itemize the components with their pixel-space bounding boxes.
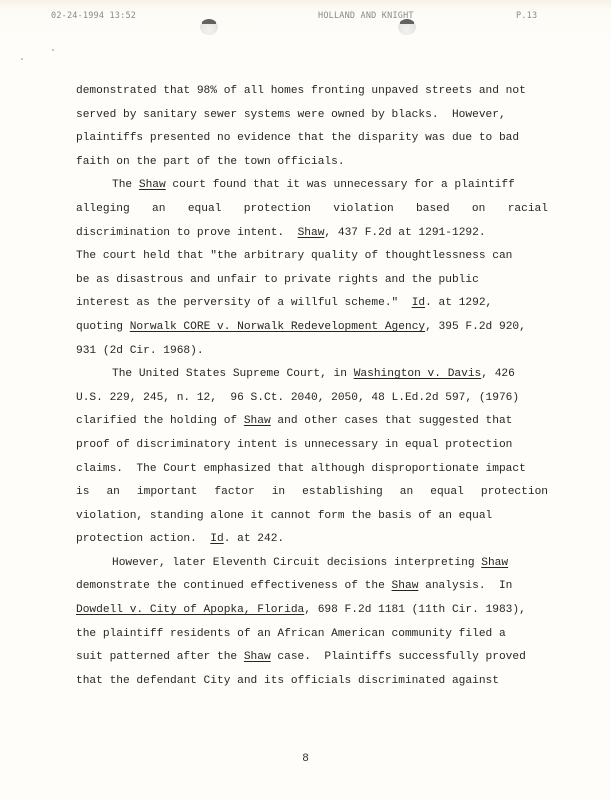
fax-page-number: P.13 [516,11,537,21]
text-line: the plaintiff residents of an African Am… [76,623,548,647]
case-citation: Shaw [392,580,419,592]
text-run: faith on the part of the town officials. [76,156,345,168]
text-line: violation, standing alone it cannot form… [76,505,548,529]
text-line: proof of discriminatory intent is unnece… [76,434,548,458]
text-run: proof of discriminatory intent is unnece… [76,439,512,451]
text-run: interest as the perversity of a willful … [76,297,412,309]
text-run: claims. The Court emphasized that althou… [76,463,526,475]
fax-sender: HOLLAND AND KNIGHT [318,11,414,21]
case-citation: Id [412,297,425,309]
text-line: quoting Norwalk CORE v. Norwalk Redevelo… [76,316,548,340]
text-line: Dowdell v. City of Apopka, Florida, 698 … [76,599,548,623]
text-line: suit patterned after the Shaw case. Plai… [76,646,548,670]
document-page: 02-24-1994 13:52 HOLLAND AND KNIGHT P.13… [0,0,611,800]
text-line: 931 (2d Cir. 1968). [76,340,548,364]
text-run: . at 1292, [425,297,492,309]
text-line: discrimination to prove intent. Shaw, 43… [76,222,548,246]
text-line: served by sanitary sewer systems were ow… [76,104,548,128]
case-citation: Shaw [139,179,166,191]
text-line: demonstrated that 98% of all homes front… [76,80,548,104]
text-run: be as disastrous and unfair to private r… [76,274,479,286]
fax-date-time: 02-24-1994 13:52 [51,11,136,21]
text-run: court found that it was unnecessary for … [166,179,515,191]
paragraph: However, later Eleventh Circuit decision… [76,552,548,694]
text-line: demonstrate the continued effectiveness … [76,575,548,599]
text-line: claims. The Court emphasized that althou… [76,458,548,482]
text-run: suit patterned after the [76,651,244,663]
text-run: demonstrated that 98% of all homes front… [76,85,526,97]
text-line: protection action. Id. at 242. [76,528,548,552]
text-run: clarified the holding of [76,415,244,427]
page-number: 8 [0,753,611,765]
document-body: demonstrated that 98% of all homes front… [76,80,548,693]
text-run: The court held that "the arbitrary quali… [76,250,512,262]
case-citation: Washington v. Davis [354,368,482,380]
text-run: analysis. In [418,580,512,592]
text-run: the plaintiff residents of an African Am… [76,628,506,640]
text-run: U.S. 229, 245, n. 12, 96 S.Ct. 2040, 205… [76,392,519,404]
text-line: U.S. 229, 245, n. 12, 96 S.Ct. 2040, 205… [76,387,548,411]
case-citation: Shaw [298,227,325,239]
text-run: quoting [76,321,130,333]
text-line: is an important factor in establishing a… [76,481,548,505]
fax-header: 02-24-1994 13:52 HOLLAND AND KNIGHT P.13 [0,11,611,25]
text-line: The court held that "the arbitrary quali… [76,245,548,269]
text-run: The [112,179,139,191]
text-run: served by sanitary sewer systems were ow… [76,109,506,121]
text-run: that the defendant City and its official… [76,675,499,687]
paragraph: The Shaw court found that it was unneces… [76,174,548,363]
text-run: violation, standing alone it cannot form… [76,510,492,522]
text-line: that the defendant City and its official… [76,670,548,694]
text-run: case. Plaintiffs successfully proved [271,651,526,663]
case-citation: Shaw [481,557,508,569]
case-citation: Shaw [244,651,271,663]
text-run: . at 242. [224,533,284,545]
text-line: The Shaw court found that it was unneces… [76,174,548,198]
text-line: plaintiffs presented no evidence that th… [76,127,548,151]
text-run: , 395 F.2d 920, [425,321,526,333]
text-run: demonstrate the continued effectiveness … [76,580,392,592]
text-run: , 437 F.2d at 1291-1292. [324,227,485,239]
text-run: discrimination to prove intent. [76,227,298,239]
text-run: However, later Eleventh Circuit decision… [112,557,481,569]
text-line: be as disastrous and unfair to private r… [76,269,548,293]
text-line: The United States Supreme Court, in Wash… [76,363,548,387]
text-run: alleging an equal protection violation b… [76,203,548,215]
text-line: However, later Eleventh Circuit decision… [76,552,548,576]
text-run: 931 (2d Cir. 1968). [76,345,204,357]
text-line: alleging an equal protection violation b… [76,198,548,222]
text-run: , 426 [481,368,515,380]
punch-hole-icon [398,19,416,35]
paragraph: The United States Supreme Court, in Wash… [76,363,548,552]
text-line: interest as the perversity of a willful … [76,292,548,316]
case-citation: Id [210,533,223,545]
text-run: is an important factor in establishing a… [76,486,548,498]
scan-speck [52,49,54,51]
text-run: , 698 F.2d 1181 (11th Cir. 1983), [304,604,526,616]
case-citation: Dowdell v. City of Apopka, Florida [76,604,304,616]
text-run: The United States Supreme Court, in [112,368,354,380]
text-line: clarified the holding of Shaw and other … [76,410,548,434]
punch-hole-icon [200,19,218,35]
text-run: plaintiffs presented no evidence that th… [76,132,519,144]
text-run: protection action. [76,533,210,545]
text-line: faith on the part of the town officials. [76,151,548,175]
paragraph: demonstrated that 98% of all homes front… [76,80,548,174]
case-citation: Norwalk CORE v. Norwalk Redevelopment Ag… [130,321,425,333]
case-citation: Shaw [244,415,271,427]
text-run: and other cases that suggested that [271,415,513,427]
scan-speck [21,58,23,60]
